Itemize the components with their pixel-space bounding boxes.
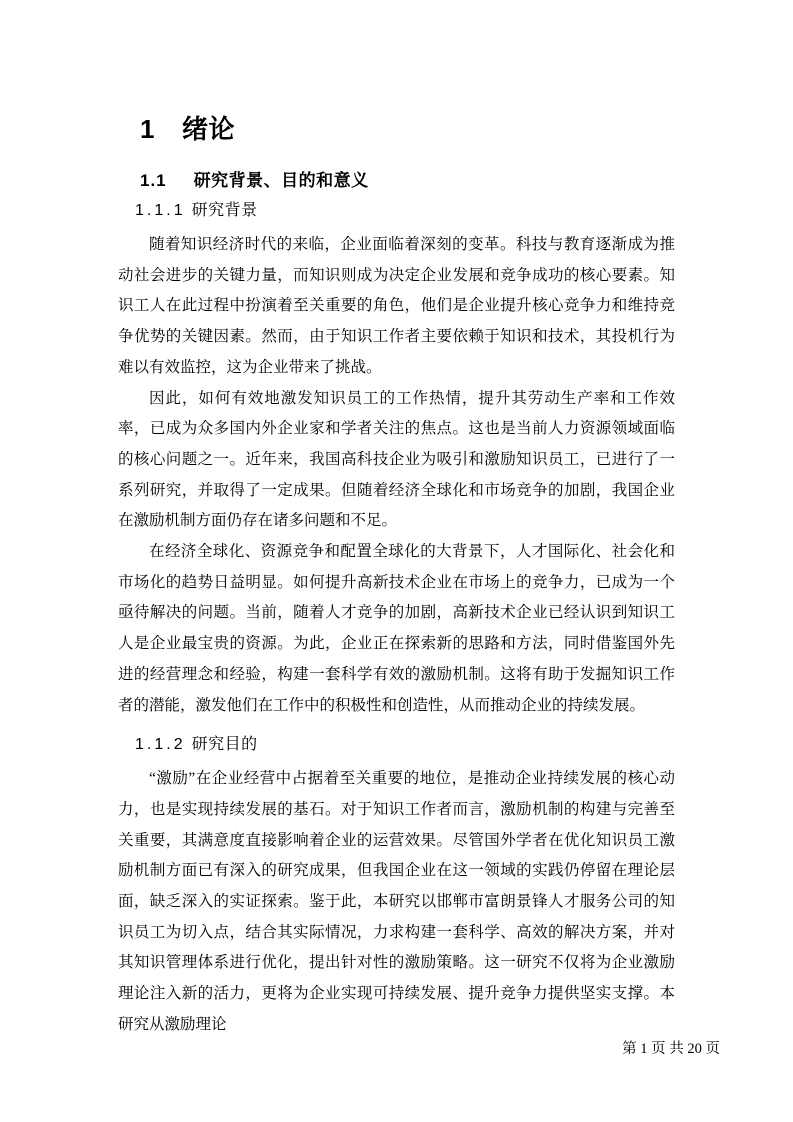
paragraph-3: 在经济全球化、资源竞争和配置全球化的大背景下，人才国际化、社会化和市场化的趋势日…	[118, 537, 675, 721]
page-footer: 第 1 页 共 20 页	[622, 1041, 720, 1058]
chapter-number: 1	[140, 116, 155, 142]
subsection-title: 研究目的	[192, 736, 258, 753]
section-number: 1.1	[140, 172, 167, 189]
paragraph-4: “激励”在企业经营中占据着至关重要的地位，是推动企业持续发展的核心动力，也是实现…	[118, 764, 675, 1040]
chapter-title: 绪论	[182, 114, 235, 144]
paragraph-1: 随着知识经济时代的来临，企业面临着深刻的变革。科技与教育逐渐成为推动社会进步的关…	[118, 230, 675, 384]
section-heading: 1.1研究背景、目的和意义	[140, 172, 675, 189]
document-page: 1绪论 1.1研究背景、目的和意义 1.1.1研究背景 随着知识经济时代的来临，…	[0, 0, 793, 1122]
chapter-heading: 1绪论	[140, 116, 675, 142]
section-title: 研究背景、目的和意义	[194, 171, 369, 190]
subsection-number: 1.1.1	[135, 203, 186, 219]
page-content: 1绪论 1.1研究背景、目的和意义 1.1.1研究背景 随着知识经济时代的来临，…	[118, 0, 675, 1041]
subsection-number: 1.1.2	[135, 737, 186, 753]
subsection-heading-research-purpose: 1.1.2研究目的	[135, 737, 675, 753]
paragraph-2: 因此，如何有效地激发知识员工的工作热情，提升其劳动生产率和工作效率，已成为众多国…	[118, 384, 675, 538]
subsection-heading-research-background: 1.1.1研究背景	[135, 203, 675, 219]
page-number-text: 第 1 页 共 20 页	[622, 1041, 720, 1057]
subsection-title: 研究背景	[192, 202, 258, 219]
